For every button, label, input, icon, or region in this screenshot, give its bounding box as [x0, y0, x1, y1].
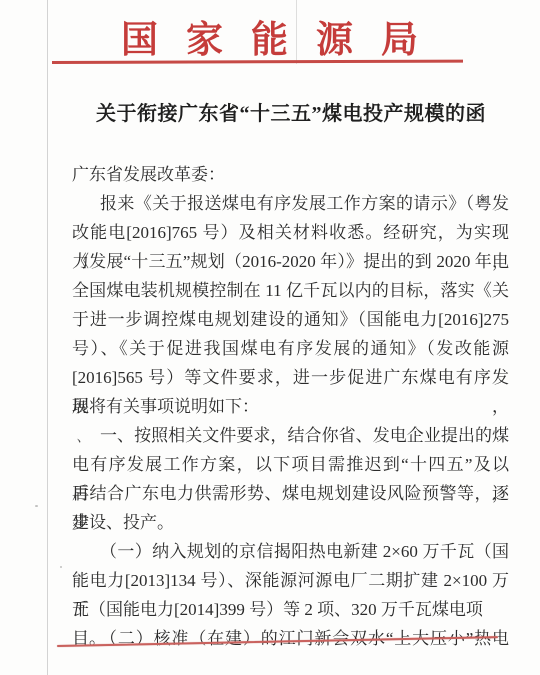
- body-line: 力发展“十三五”规划（2016-2020 年）》提出的到 2020 年，: [72, 247, 509, 276]
- body-line: 能电力[2013]134 号）、深能源河源电厂二期扩建 2×100 万千: [72, 566, 509, 595]
- scanned-document-page: 国家能源局 关于衔接广东省“十三五”煤电投产规模的函 广东省发展改革委： 报来《…: [0, 0, 540, 675]
- document-title: 关于衔接广东省“十三五”煤电投产规模的函: [0, 97, 540, 126]
- pen-annotation-mark: 、: [76, 426, 93, 448]
- body-line: 报来《关于报送煤电有序发展工作方案的请示》（粤发: [72, 189, 509, 218]
- header-divider-rule: [52, 60, 463, 64]
- body-line: 一、按照相关文件要求，结合你省、发电企业提出的煤: [72, 421, 509, 450]
- body-line: 再结合广东电力供需形势、煤电规划建设风险预警等，逐步: [72, 479, 509, 508]
- body-line: 于进一步调控煤电规划建设的通知》（国能电力[2016]275: [72, 305, 509, 334]
- scan-speck: [35, 505, 38, 507]
- body-line: （一）纳入规划的京信揭阳热电新建 2×60 万千瓦（国: [72, 537, 509, 566]
- body-line: 改能电[2016]765 号）及相关材料收悉。经研究，为实现《电: [72, 218, 509, 247]
- body-line: 瓦（国能电力[2014]399 号）等 2 项、320 万千瓦煤电项目。: [72, 595, 509, 624]
- body-line: 建设、投产。: [72, 508, 509, 537]
- document-body: 广东省发展改革委： 报来《关于报送煤电有序发展工作方案的请示》（粤发 改能电[2…: [72, 160, 509, 653]
- body-line: 全国煤电装机规模控制在 11 亿千瓦以内的目标，落实《关: [72, 276, 509, 305]
- body-line-salutation: 广东省发展改革委：: [72, 160, 509, 189]
- body-line: [2016]565 号）等文件要求，进一步促进广东煤电有序发展，: [72, 363, 509, 392]
- body-line: 电有序发展工作方案，以下项目需推迟到“十四五”及以后，: [72, 450, 509, 479]
- body-line: 号）、《关于促进我国煤电有序发展的通知》（发改能源: [72, 334, 509, 363]
- agency-name: 国家能源局: [121, 9, 446, 63]
- scan-speck: [60, 566, 62, 568]
